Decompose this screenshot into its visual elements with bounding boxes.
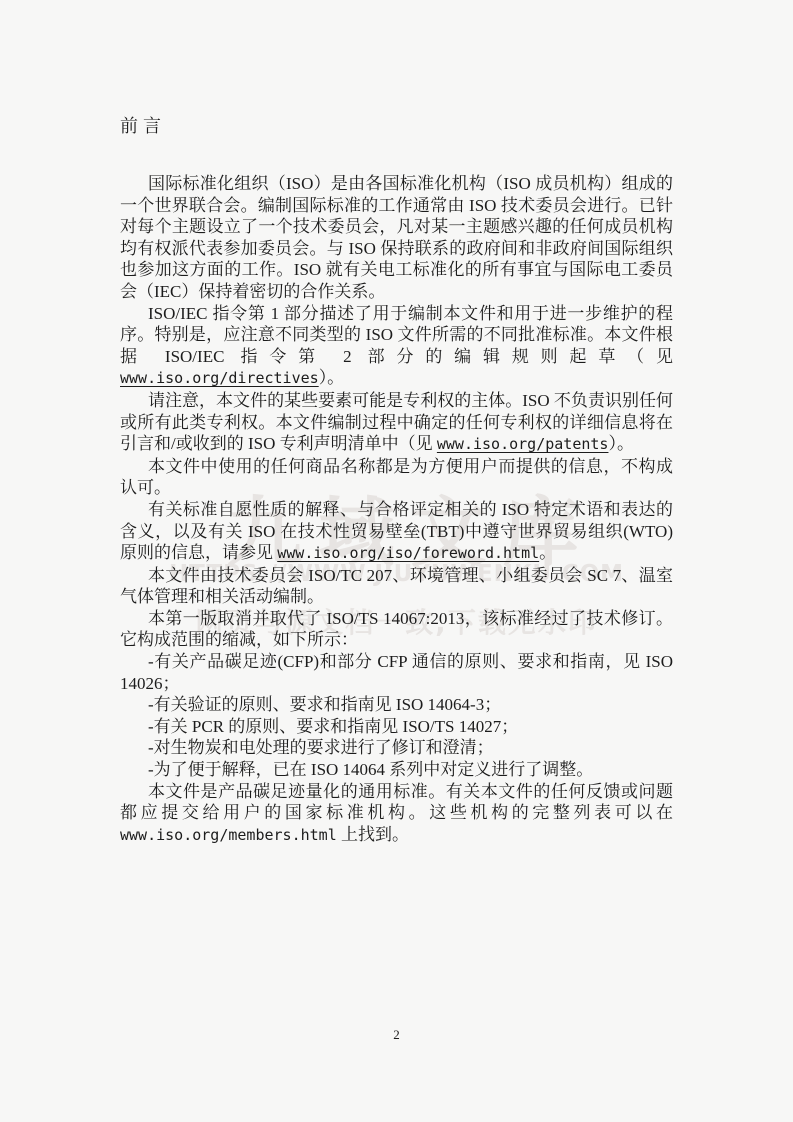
- text-segment: ）。: [608, 434, 634, 453]
- foreword-heading: 前言: [120, 112, 673, 138]
- paragraph: 本第一版取消并取代了 ISO/TS 14067:2013，该标准经过了技术修订。…: [120, 608, 673, 651]
- paragraph: ISO/IEC 指令第 1 部分描述了用于编制本文件和用于进一步维护的程序。特别…: [120, 303, 673, 390]
- paragraph: 请注意，本文件的某些要素可能是专利权的主体。ISO 不负责识别任何或所有此类专利…: [120, 390, 673, 456]
- text-segment: 本文件中使用的任何商品名称都是为方便用户而提供的信息，不构成认可。: [120, 457, 673, 498]
- text-segment: -有关验证的原则、要求和指南见 ISO 14064-3；: [148, 695, 501, 714]
- text-segment: 本文件由技术委员会 ISO/TC 207、环境管理、小组委员会 SC 7、温室气…: [120, 566, 673, 607]
- page-number: 2: [0, 1027, 793, 1043]
- text-segment: 本文件是产品碳足迹量化的通用标准。有关本文件的任何反馈或问题都应提交给用户的国家…: [120, 782, 673, 823]
- link-url[interactable]: www.iso.org/patents: [437, 435, 609, 453]
- list-item: -有关产品碳足迹(CFP)和部分 CFP 通信的原则、要求和指南，见 ISO 1…: [120, 651, 673, 694]
- link-url[interactable]: www.iso.org/directives: [120, 369, 319, 387]
- text-segment: 本第一版取消并取代了 ISO/TS 14067:2013，该标准经过了技术修订。…: [120, 609, 673, 650]
- text-segment: -对生物炭和电处理的要求进行了修订和澄清；: [148, 738, 494, 757]
- list-item: -对生物炭和电处理的要求进行了修订和澄清；: [120, 737, 673, 759]
- paragraph: 有关标准自愿性质的解释、与合格评定相关的 ISO 特定术语和表达的含义，以及有关…: [120, 499, 673, 565]
- url-text: www.iso.org/members.html: [120, 826, 337, 844]
- paragraph: 本文件中使用的任何商品名称都是为方便用户而提供的信息，不构成认可。: [120, 456, 673, 499]
- text-segment: ）。: [319, 368, 345, 387]
- text-segment: -有关产品碳足迹(CFP)和部分 CFP 通信的原则、要求和指南，见 ISO 1…: [120, 652, 673, 693]
- text-segment: 国际标准化组织（ISO）是由各国标准化机构（ISO 成员机构）组成的一个世界联合…: [120, 174, 673, 301]
- document-page: 九域文库 HTTPS://WWW.JIUYUWENKU.COM 网页与源文档一致…: [0, 0, 793, 1122]
- paragraph: 本文件由技术委员会 ISO/TC 207、环境管理、小组委员会 SC 7、温室气…: [120, 565, 673, 608]
- list-item: -有关验证的原则、要求和指南见 ISO 14064-3；: [120, 694, 673, 716]
- link-url[interactable]: www.iso.org/iso/foreword.html: [277, 544, 539, 562]
- document-content: 前言 国际标准化组织（ISO）是由各国标准化机构（ISO 成员机构）组成的一个世…: [120, 112, 673, 846]
- list-item: -为了便于解释，已在 ISO 14064 系列中对定义进行了调整。: [120, 759, 673, 781]
- text-segment: 。: [539, 543, 556, 562]
- paragraph: 国际标准化组织（ISO）是由各国标准化机构（ISO 成员机构）组成的一个世界联合…: [120, 173, 673, 303]
- text-segment: -为了便于解释，已在 ISO 14064 系列中对定义进行了调整。: [148, 760, 593, 779]
- text-segment: 上找到。: [337, 825, 409, 844]
- text-segment: ISO/IEC 指令第 1 部分描述了用于编制本文件和用于进一步维护的程序。特别…: [120, 304, 673, 366]
- list-item: -有关 PCR 的原则、要求和指南见 ISO/TS 14027；: [120, 716, 673, 738]
- paragraph: 本文件是产品碳足迹量化的通用标准。有关本文件的任何反馈或问题都应提交给用户的国家…: [120, 781, 673, 847]
- paragraphs-container: 国际标准化组织（ISO）是由各国标准化机构（ISO 成员机构）组成的一个世界联合…: [120, 173, 673, 846]
- text-segment: -有关 PCR 的原则、要求和指南见 ISO/TS 14027；: [148, 717, 518, 736]
